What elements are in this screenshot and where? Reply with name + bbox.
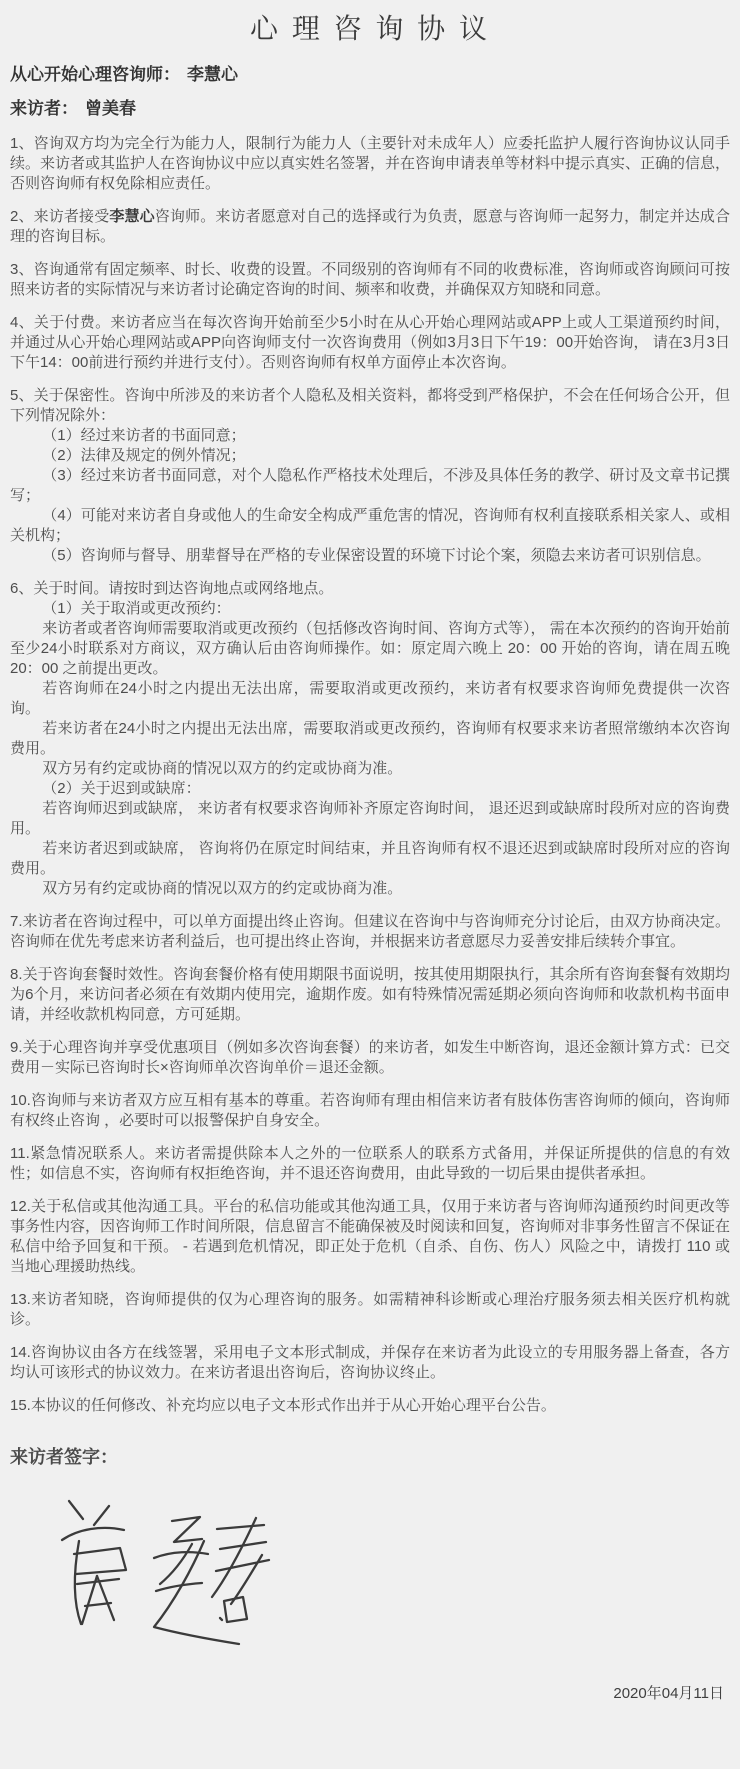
sub-paragraph: （2）关于迟到或缺席： — [10, 779, 730, 799]
sub-paragraph: 来访者或者咨询师需要取消或更改预约（包括修改咨询时间、咨询方式等）， 需在本次预… — [10, 619, 730, 679]
clause-paragraph: 3、咨询通常有固定频率、时长、收费的设置。不同级别的咨询师有不同的收费标准，咨询… — [10, 260, 730, 300]
sub-paragraph: （4）可能对来访者自身或他人的生命安全构成严重危害的情况，咨询师有权利直接联系相… — [10, 506, 730, 546]
clause-paragraph: 5、关于保密性。咨询中所涉及的来访者个人隐私及相关资料，都将受到严格保护，不会在… — [10, 386, 730, 426]
client-name: 曾美春 — [85, 99, 136, 118]
sub-paragraph: 若咨询师在24小时之内提出无法出席，需要取消或更改预约，来访者有权要求咨询师免费… — [10, 679, 730, 719]
counselor-label: 从心开始心理咨询师： — [10, 65, 180, 84]
signature-field — [54, 1494, 284, 1654]
clause-paragraph: 10.咨询师与来访者双方应互相有基本的尊重。若咨询师有理由相信来访者有肢体伤害咨… — [10, 1091, 730, 1131]
clause-paragraph: 8.关于咨询套餐时效性。咨询套餐价格有使用期限书面说明，按其使用期限执行，其余所… — [10, 965, 730, 1025]
clause-paragraph: 11.紧急情况联系人。来访者需提供除本人之外的一位联系人的联系方式备用，并保证所… — [10, 1144, 730, 1184]
signature-drawing — [54, 1494, 284, 1654]
clause-paragraph: 12.关于私信或其他沟通工具。平台的私信功能或其他沟通工具，仅用于来访者与咨询师… — [10, 1197, 730, 1277]
signature-label: 来访者签字： — [10, 1445, 730, 1470]
client-label: 来访者： — [10, 99, 78, 118]
clause-paragraph: 1、咨询双方均为完全行为能力人，限制行为能力人（主要针对未成年人）应委托监护人履… — [10, 134, 730, 194]
clause-paragraph: 14.咨询协议由各方在线签署，采用电子文本形式制成，并保存在来访者为此设立的专用… — [10, 1343, 730, 1383]
sub-paragraph: （1）经过来访者的书面同意； — [10, 426, 730, 446]
clause-paragraph: 6、关于时间。请按时到达咨询地点或网络地点。 — [10, 579, 730, 599]
clause-paragraph: 9.关于心理咨询并享受优惠项目（例如多次咨询套餐）的来访者，如发生中断咨询，退还… — [10, 1038, 730, 1078]
sub-paragraph: （2）法律及规定的例外情况； — [10, 446, 730, 466]
counselor-name: 李慧心 — [187, 65, 238, 84]
page-title: 心 理 咨 询 协 议 — [10, 12, 730, 46]
sub-paragraph: （1）关于取消或更改预约： — [10, 599, 730, 619]
sub-paragraph: 若来访者在24小时之内提出无法出席，需要取消或更改预约，咨询师有权要求来访者照常… — [10, 719, 730, 759]
clause-paragraph: 7.来访者在咨询过程中，可以单方面提出终止咨询。但建议在咨询中与咨询师充分讨论后… — [10, 912, 730, 952]
sub-paragraph: （3）经过来访者书面同意，对个人隐私作严格技术处理后，不涉及具体任务的教学、研讨… — [10, 466, 730, 506]
clause-paragraph: 4、关于付费。来访者应当在每次咨询开始前至少5小时在从心开始心理网站或APP上或… — [10, 313, 730, 373]
clause-paragraph: 2、来访者接受李慧心咨询师。来访者愿意对自己的选择或行为负责，愿意与咨询师一起努… — [10, 207, 730, 247]
clause-paragraph: 13.来访者知晓，咨询师提供的仅为心理咨询的服务。如需精神科诊断或心理治疗服务须… — [10, 1290, 730, 1330]
document-body: 1、咨询双方均为完全行为能力人，限制行为能力人（主要针对未成年人）应委托监护人履… — [10, 134, 730, 1416]
sub-paragraph: 若咨询师迟到或缺席， 来访者有权要求咨询师补齐原定咨询时间， 退还迟到或缺席时段… — [10, 799, 730, 839]
clause-paragraph: 15.本协议的任何修改、补充均应以电子文本形式作出并于从心开始心理平台公告。 — [10, 1396, 730, 1416]
counselor-line: 从心开始心理咨询师：李慧心 — [10, 63, 730, 87]
sub-paragraph: （5）咨询师与督导、朋辈督导在严格的专业保密设置的环境下讨论个案，须隐去来访者可… — [10, 546, 730, 566]
signed-date: 2020年04月11日 — [10, 1684, 730, 1704]
sub-paragraph: 双方另有约定或协商的情况以双方的约定或协商为准。 — [10, 879, 730, 899]
agreement-page: 心 理 咨 询 协 议 从心开始心理咨询师：李慧心 来访者：曾美春 1、咨询双方… — [0, 0, 740, 1769]
client-line: 来访者：曾美春 — [10, 97, 730, 121]
sub-paragraph: 若来访者迟到或缺席， 咨询将仍在原定时间结束，并且咨询师有权不退还迟到或缺席时段… — [10, 839, 730, 879]
sub-paragraph: 双方另有约定或协商的情况以双方的约定或协商为准。 — [10, 759, 730, 779]
